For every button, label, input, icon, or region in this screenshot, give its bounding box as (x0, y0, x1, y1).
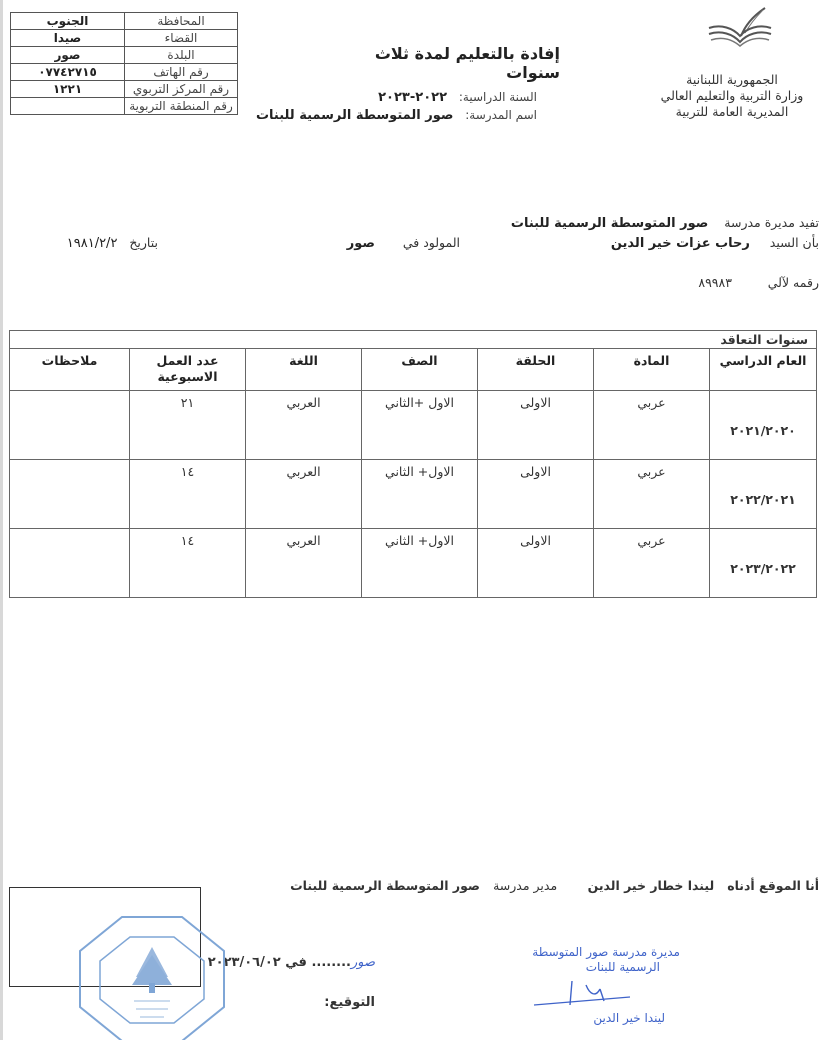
undersigned-label: أنا الموقع أدناه (727, 878, 819, 893)
cell-subject: عربي (594, 391, 710, 460)
col-header-language: اللغة (246, 349, 362, 391)
info-row: رقم المركز التربوي١٢٢١ (11, 81, 238, 98)
info-row: رقم الهاتف٠٧٧٤٢٧١٥ (11, 64, 238, 81)
info-value (11, 98, 125, 115)
born-in-label: المولود في (403, 235, 460, 250)
open-book-with-quill-icon (705, 6, 775, 48)
birthdate: بتاريخ ١٩٨١/٢/٢ (67, 235, 158, 251)
org-line-republic: الجمهورية اللبنانية (647, 72, 817, 88)
info-label: القضاء (125, 30, 238, 47)
place-handwritten: صور (351, 955, 375, 970)
school-name-line: اسم المدرسة: صور المتوسطة الرسمية للبنات (256, 108, 537, 123)
scan-edge (0, 0, 3, 1040)
undersigned-line: أنا الموقع أدناه ليندا خطار خير الدين مد… (290, 878, 819, 893)
school-info-table: المحافظةالجنوب القضاءصيدا البلدةصور رقم … (10, 12, 238, 115)
sig-stamp-line2: الرسمية للبنات (586, 960, 660, 974)
cell-weekly-hours: ١٤ (130, 460, 246, 529)
cell-notes (10, 529, 130, 598)
director-signature-stamp: مديرة مدرسة صور المتوسطة الرسمية للبنات … (480, 945, 680, 1035)
declaration-intro: تفيد مديرة مدرسة صور المتوسطة الرسمية لل… (511, 215, 819, 231)
id-value: ٨٩٩٨٣ (698, 275, 732, 290)
contract-years-table: سنوات التعاقد العام الدراسي المادة الحلق… (9, 330, 817, 598)
cell-subject: عربي (594, 529, 710, 598)
in-label: في (285, 955, 307, 970)
info-row: البلدةصور (11, 47, 238, 64)
handwritten-signature-icon (530, 975, 640, 1011)
cell-year: ٢٠٢١/٢٠٢٠ (710, 391, 817, 460)
cell-subject: عربي (594, 460, 710, 529)
cell-grade: الاول+ الثاني (362, 529, 478, 598)
table-caption: سنوات التعاقد (10, 331, 817, 349)
cell-weekly-hours: ٢١ (130, 391, 246, 460)
cell-grade: الاول +الثاني (362, 391, 478, 460)
col-header-grade: الصف (362, 349, 478, 391)
place-dots: ........ (311, 955, 351, 970)
info-value: ١٢٢١ (11, 81, 125, 98)
cell-notes (10, 391, 130, 460)
birthplace: المولود في صور (347, 235, 460, 251)
info-row: رقم المنطقة التربوية (11, 98, 238, 115)
col-header-cycle: الحلقة (478, 349, 594, 391)
cell-language: العربي (246, 460, 362, 529)
info-label: المحافظة (125, 13, 238, 30)
cell-weekly-hours: ١٤ (130, 529, 246, 598)
person-label: بأن السيد (770, 235, 819, 250)
date-label: بتاريخ (129, 235, 158, 250)
cell-language: العربي (246, 529, 362, 598)
intro-label: تفيد مديرة مدرسة (724, 215, 819, 230)
date-value: ١٩٨١/٢/٢ (67, 236, 118, 251)
academic-year-value: ٢٠٢٢-٢٠٢٣ (378, 90, 447, 105)
id-label: رقمه لآلي (768, 275, 819, 290)
table-row: ٢٠٢٢/٢٠٢١ عربي الاولى الاول+ الثاني العر… (10, 460, 817, 529)
info-row: القضاءصيدا (11, 30, 238, 47)
sig-stamp-line3: ليندا خير الدين (593, 1011, 665, 1025)
col-header-year: العام الدراسي (710, 349, 817, 391)
id-line: رقمه لآلي ٨٩٩٨٣ (698, 275, 819, 290)
info-label: رقم الهاتف (125, 64, 238, 81)
info-label: رقم المنطقة التربوية (125, 98, 238, 115)
sig-stamp-line1: مديرة مدرسة صور المتوسطة (532, 945, 680, 959)
school-name-label: اسم المدرسة: (465, 108, 537, 122)
org-line-ministry: وزارة التربية والتعليم العالي (647, 88, 817, 104)
person-name: رحاب عزات خير الدين (611, 236, 750, 251)
info-value: صيدا (11, 30, 125, 47)
academic-year-line: السنة الدراسية: ٢٠٢٢-٢٠٢٣ (378, 90, 537, 105)
info-value: صور (11, 47, 125, 64)
info-label: البلدة (125, 47, 238, 64)
cell-year: ٢٠٢٢/٢٠٢١ (710, 460, 817, 529)
intro-school: صور المتوسطة الرسمية للبنات (511, 216, 708, 231)
info-value: ٠٧٧٤٢٧١٥ (11, 64, 125, 81)
cell-year: ٢٠٢٣/٢٠٢٢ (710, 529, 817, 598)
info-value: الجنوب (11, 13, 125, 30)
org-line-directorate: المديرية العامة للتربية (647, 104, 817, 120)
school-name-value: صور المتوسطة الرسمية للبنات (256, 108, 453, 123)
col-header-weekly-hours: عدد العمل الاسبوعية (130, 349, 246, 391)
born-in-value: صور (347, 236, 375, 251)
undersigned-name: ليندا خطار خير الدين (588, 878, 715, 893)
official-stamp-icon (78, 915, 226, 1040)
cell-cycle: الاولى (478, 391, 594, 460)
place-date-line: صور........ في ٢٠٢٣/٠٦/٠٢ (208, 955, 375, 970)
table-header-row: العام الدراسي المادة الحلقة الصف اللغة ع… (10, 349, 817, 391)
info-label: رقم المركز التربوي (125, 81, 238, 98)
signature-label: التوقيع: (324, 995, 375, 1010)
col-header-notes: ملاحظات (10, 349, 130, 391)
role-label: مدير مدرسة (493, 878, 557, 893)
col-header-subject: المادة (594, 349, 710, 391)
role-school: صور المتوسطة الرسمية للبنات (290, 878, 480, 893)
cell-grade: الاول+ الثاني (362, 460, 478, 529)
info-row: المحافظةالجنوب (11, 13, 238, 30)
cell-notes (10, 460, 130, 529)
table-row: ٢٠٢١/٢٠٢٠ عربي الاولى الاول +الثاني العر… (10, 391, 817, 460)
cell-language: العربي (246, 391, 362, 460)
person-line: بأن السيد رحاب عزات خير الدين (611, 235, 819, 251)
organization-header: الجمهورية اللبنانية وزارة التربية والتعل… (647, 72, 817, 120)
table-row: ٢٠٢٣/٢٠٢٢ عربي الاولى الاول+ الثاني العر… (10, 529, 817, 598)
document-title: إفادة بالتعليم لمدة ثلاث سنوات (370, 44, 560, 82)
cell-cycle: الاولى (478, 460, 594, 529)
academic-year-label: السنة الدراسية: (459, 90, 537, 104)
cell-cycle: الاولى (478, 529, 594, 598)
